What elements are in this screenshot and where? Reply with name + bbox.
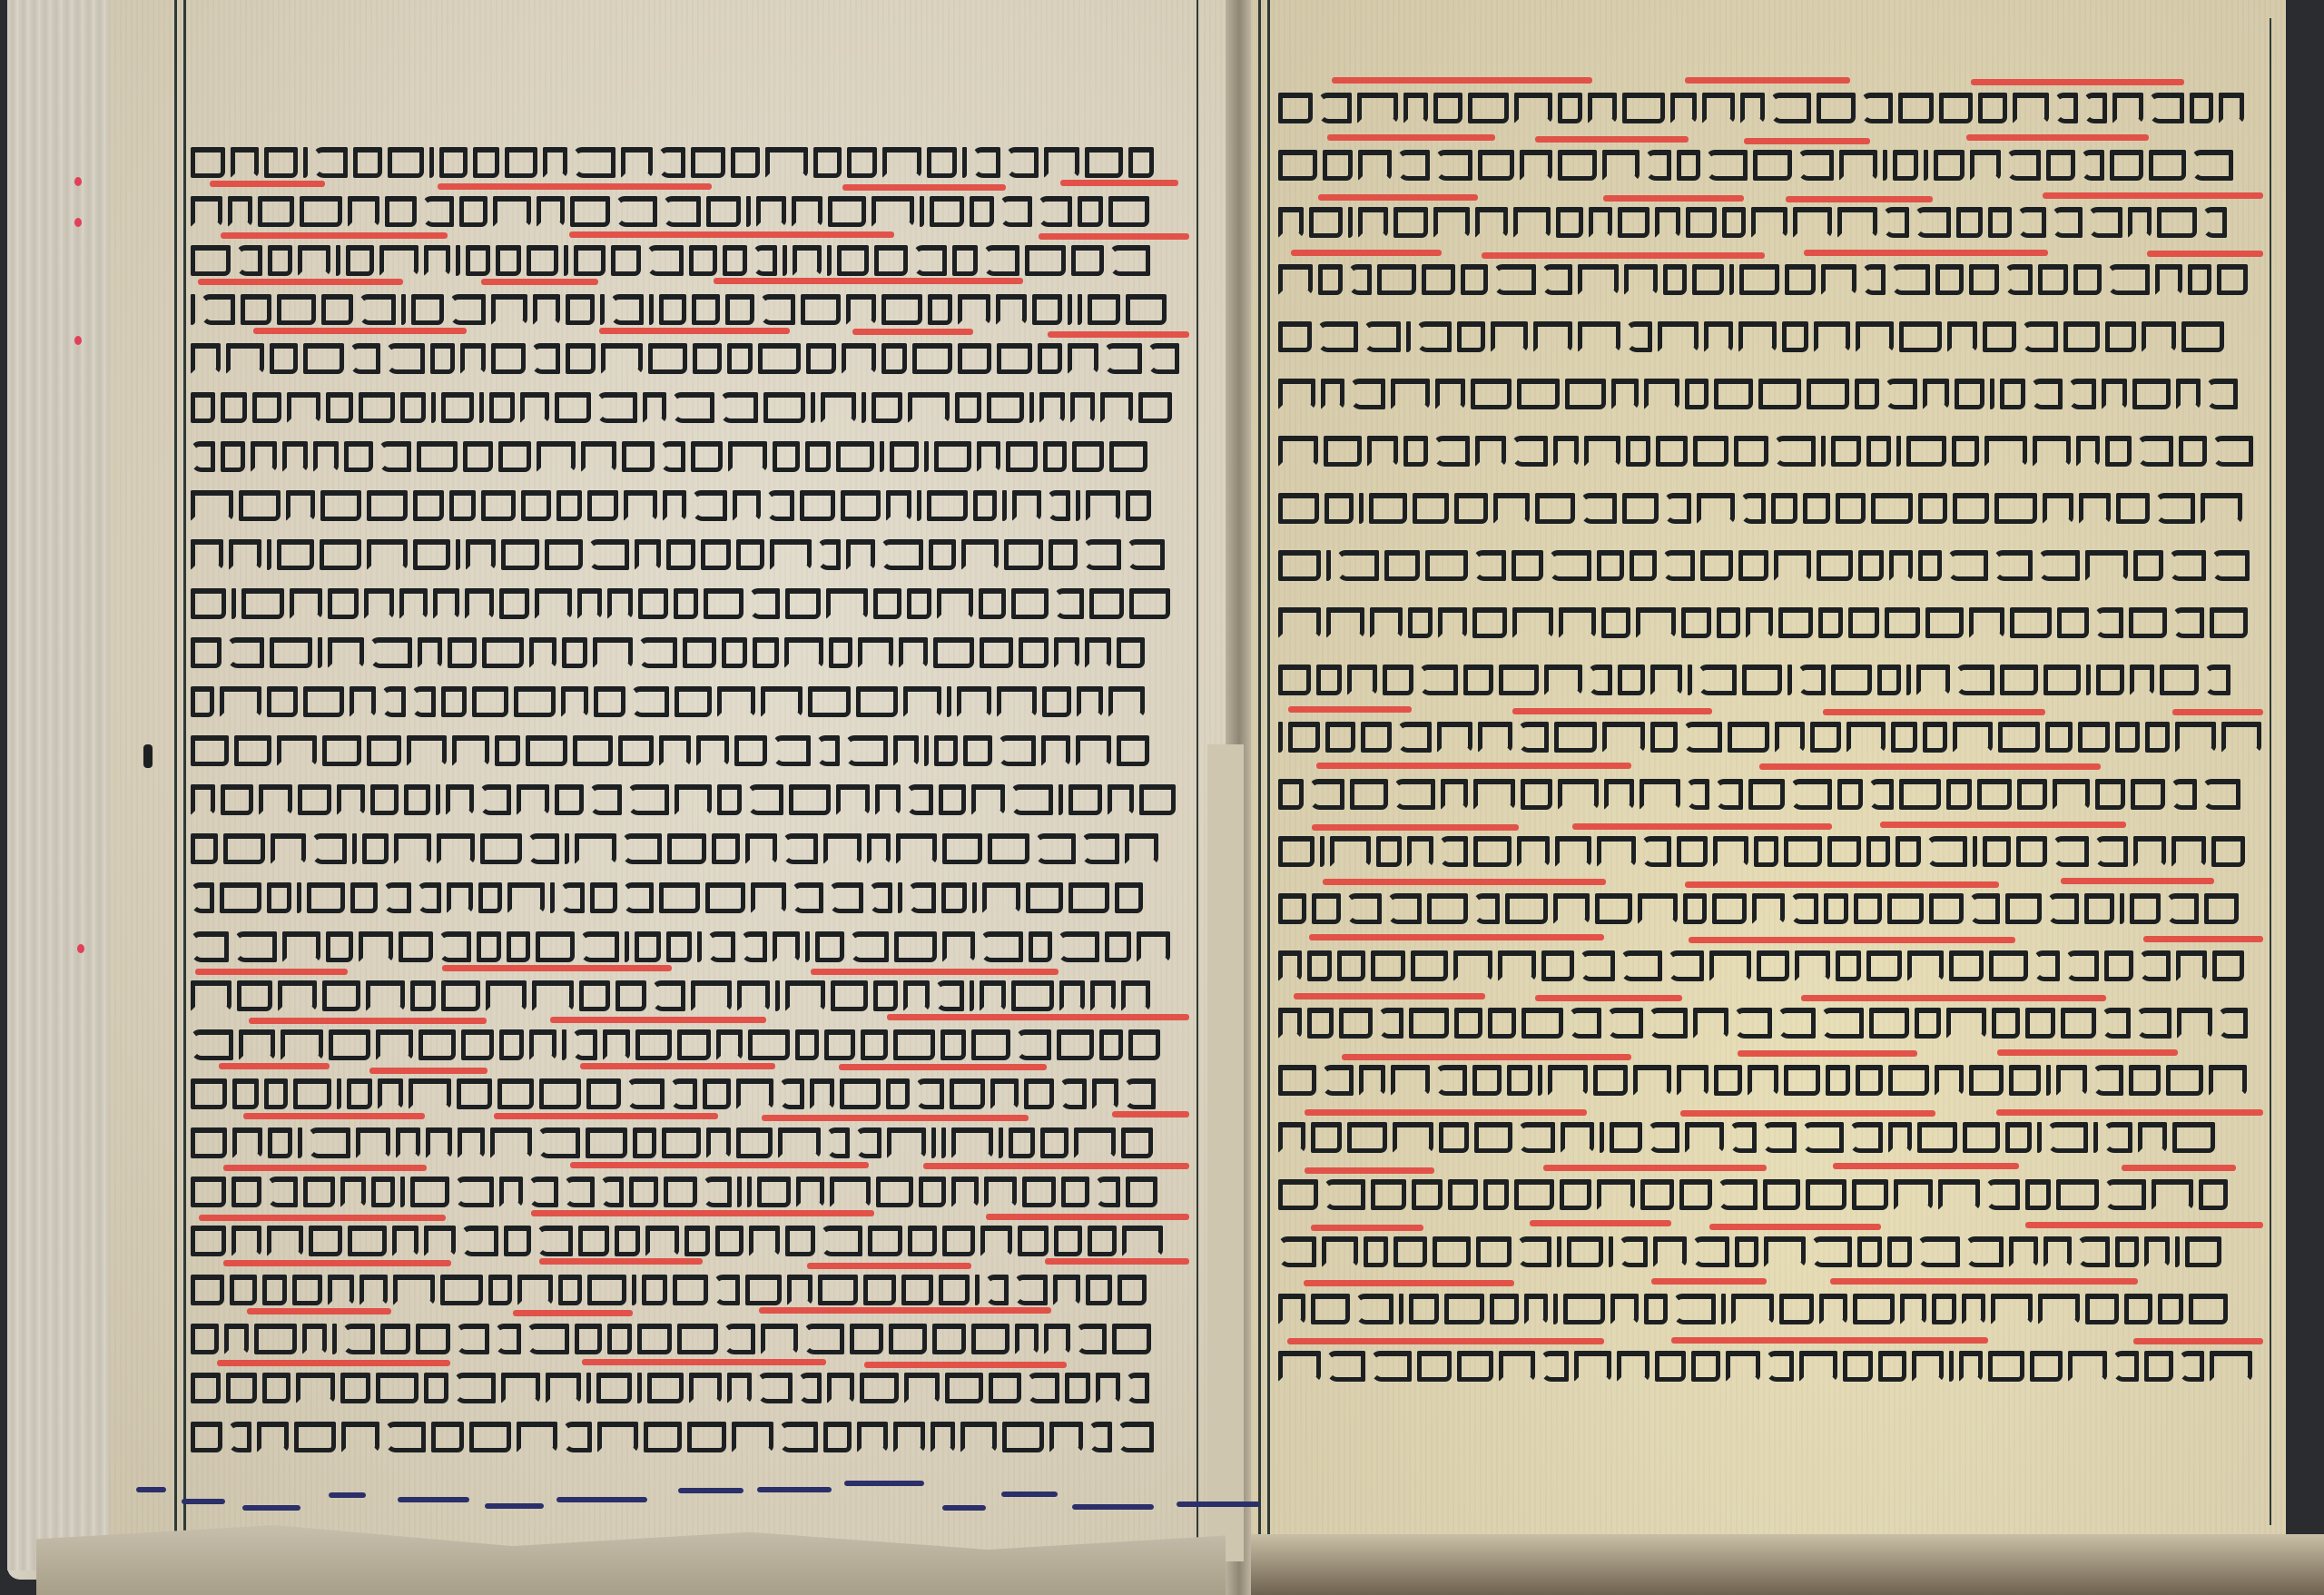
script-glyph	[856, 686, 898, 717]
script-glyph	[1412, 1179, 1443, 1210]
script-glyph	[1026, 882, 1063, 913]
script-glyph	[359, 1275, 388, 1305]
script-glyph	[543, 147, 567, 178]
script-glyph	[1454, 1008, 1482, 1039]
script-glyph	[1059, 784, 1063, 815]
script-glyph	[2166, 1065, 2203, 1096]
script-glyph	[320, 539, 361, 570]
script-glyph	[424, 1226, 456, 1256]
script-glyph	[400, 1177, 405, 1207]
script-glyph	[1912, 1351, 1944, 1382]
script-glyph	[1391, 379, 1430, 409]
script-glyph	[461, 1029, 494, 1060]
script-glyph	[1726, 1351, 1760, 1382]
script-glyph	[907, 588, 931, 619]
script-glyph	[1622, 93, 1665, 123]
script-glyph	[1054, 1226, 1082, 1256]
script-glyph	[800, 490, 835, 521]
script-glyph	[1597, 1179, 1635, 1210]
script-glyph	[1898, 93, 1934, 123]
script-glyph	[1121, 1127, 1153, 1158]
script-glyph	[1058, 931, 1099, 962]
script-glyph	[449, 490, 476, 521]
script-glyph	[1039, 392, 1065, 423]
script-glyph	[689, 1373, 722, 1403]
red-underline	[1804, 250, 2048, 256]
red-underline	[1291, 250, 1442, 256]
script-glyph	[753, 245, 777, 276]
script-glyph	[2043, 665, 2081, 695]
script-glyph	[326, 931, 353, 962]
script-glyph	[191, 1373, 221, 1403]
script-glyph	[417, 882, 441, 913]
script-glyph	[662, 1127, 701, 1158]
script-glyph	[1918, 550, 1942, 581]
script-glyph	[1803, 493, 1830, 524]
script-glyph	[1896, 836, 1921, 867]
script-glyph	[1595, 893, 1632, 924]
script-glyph	[505, 147, 537, 178]
script-glyph	[1448, 1179, 1478, 1210]
script-glyph	[400, 392, 426, 423]
script-glyph	[745, 833, 777, 864]
script-glyph	[806, 343, 836, 374]
red-underline	[531, 1210, 873, 1216]
script-glyph	[1588, 665, 1612, 695]
script-glyph	[1078, 196, 1103, 227]
red-underline	[1305, 1109, 1587, 1116]
script-glyph	[1403, 93, 1428, 123]
script-glyph	[459, 196, 487, 227]
script-glyph	[1633, 1065, 1671, 1096]
script-glyph	[527, 1324, 569, 1354]
script-glyph	[2104, 950, 2133, 981]
script-glyph	[1728, 722, 1769, 753]
script-glyph	[1104, 343, 1142, 374]
annotation-stroke	[844, 1481, 923, 1486]
script-glyph	[1923, 379, 1949, 409]
script-glyph	[1877, 665, 1901, 695]
script-glyph	[1839, 150, 1877, 181]
script-glyph	[1753, 150, 1792, 181]
script-glyph	[1714, 1065, 1742, 1096]
script-glyph	[413, 490, 444, 521]
script-glyph	[727, 1373, 752, 1403]
script-glyph	[2137, 436, 2173, 467]
script-glyph	[720, 392, 758, 423]
script-glyph	[1324, 1179, 1365, 1210]
script-glyph	[1668, 950, 1704, 981]
script-glyph	[660, 441, 685, 472]
script-glyph	[594, 686, 625, 717]
script-glyph	[1371, 1179, 1406, 1210]
script-glyph	[417, 441, 458, 472]
script-glyph	[689, 245, 717, 276]
red-underline	[1294, 993, 1485, 999]
script-glyph	[1347, 665, 1377, 695]
script-glyph	[1764, 1236, 1806, 1267]
script-glyph	[267, 686, 298, 717]
script-glyph	[392, 1226, 419, 1256]
script-glyph	[971, 784, 1005, 815]
script-glyph	[2063, 321, 2100, 352]
script-glyph	[2083, 93, 2107, 123]
script-glyph	[871, 392, 902, 423]
script-glyph	[692, 294, 720, 325]
red-underline	[923, 1163, 1189, 1169]
script-glyph	[2172, 607, 2204, 638]
script-glyph	[1918, 493, 1947, 524]
script-glyph	[2010, 607, 2052, 638]
script-glyph	[1593, 1065, 1628, 1096]
script-glyph	[736, 539, 764, 570]
script-glyph	[431, 392, 436, 423]
script-glyph	[1969, 1065, 2004, 1096]
script-glyph	[793, 245, 822, 276]
script-glyph	[1688, 665, 1692, 695]
script-glyph	[778, 1127, 821, 1158]
script-glyph	[658, 147, 685, 178]
script-glyph	[1868, 779, 1894, 810]
script-glyph	[1548, 1065, 1588, 1096]
script-glyph	[787, 1275, 812, 1305]
script-glyph	[827, 245, 832, 276]
script-glyph	[635, 931, 661, 962]
script-glyph	[1278, 1008, 1302, 1039]
script-glyph	[1782, 321, 1808, 352]
manuscript-line	[191, 1411, 1189, 1452]
script-glyph	[479, 392, 484, 423]
script-glyph	[537, 196, 565, 227]
script-glyph	[1655, 1351, 1686, 1382]
script-glyph	[1089, 588, 1124, 619]
annotation-stroke	[1001, 1492, 1058, 1497]
annotation-stroke	[485, 1503, 544, 1509]
script-glyph	[757, 1177, 791, 1207]
manuscript-line	[1278, 310, 2263, 352]
script-glyph	[1746, 607, 1773, 638]
script-glyph	[1580, 950, 1615, 981]
script-glyph	[1883, 207, 1909, 238]
script-glyph	[328, 588, 359, 619]
script-glyph	[687, 1422, 726, 1452]
script-glyph	[320, 490, 361, 521]
red-underline	[811, 969, 1059, 975]
manuscript-line	[191, 430, 1189, 472]
script-glyph	[550, 882, 555, 913]
script-glyph	[715, 1226, 743, 1256]
script-glyph	[1461, 264, 1488, 295]
script-glyph	[898, 882, 902, 913]
script-glyph	[945, 1373, 983, 1403]
script-glyph	[1323, 150, 1353, 181]
script-glyph	[191, 882, 214, 913]
red-underline	[714, 278, 1023, 284]
manuscript-line	[1278, 711, 2263, 753]
script-glyph	[1837, 779, 1863, 810]
script-glyph	[380, 1324, 410, 1354]
script-glyph	[990, 1078, 1019, 1109]
red-underline	[1685, 881, 1999, 888]
script-glyph	[756, 196, 786, 227]
red-underline	[1823, 709, 2046, 715]
script-glyph	[1086, 490, 1120, 521]
script-glyph	[286, 490, 315, 521]
script-glyph	[254, 1324, 297, 1354]
script-glyph	[1831, 665, 1872, 695]
script-glyph	[469, 1422, 511, 1452]
script-glyph	[984, 1177, 1017, 1207]
script-glyph	[1766, 1351, 1794, 1382]
script-glyph	[264, 1078, 288, 1109]
manuscript-line	[191, 1215, 1189, 1256]
script-glyph	[2204, 893, 2239, 924]
script-glyph	[302, 1324, 327, 1354]
script-glyph	[404, 784, 430, 815]
script-glyph	[2094, 607, 2123, 638]
script-glyph	[1713, 836, 1748, 867]
script-glyph	[226, 343, 264, 374]
script-glyph	[893, 1029, 935, 1060]
script-glyph	[723, 245, 747, 276]
red-underline	[759, 1307, 1051, 1314]
red-underline	[369, 1068, 487, 1074]
script-glyph	[191, 588, 226, 619]
script-glyph	[1309, 779, 1344, 810]
script-glyph	[850, 1324, 883, 1354]
script-glyph	[1355, 1294, 1393, 1324]
script-glyph	[1929, 893, 1964, 924]
script-glyph	[830, 1177, 871, 1207]
script-glyph	[961, 539, 999, 570]
script-glyph	[2191, 150, 2233, 181]
script-glyph	[1670, 93, 1697, 123]
script-glyph	[876, 1177, 913, 1207]
script-glyph	[309, 1226, 342, 1256]
manuscript-line	[1278, 654, 2263, 695]
script-glyph	[1624, 264, 1658, 295]
script-glyph	[1326, 1351, 1365, 1382]
script-glyph	[1042, 686, 1071, 717]
script-glyph	[827, 1373, 854, 1403]
script-glyph	[536, 931, 575, 962]
script-glyph	[1535, 493, 1575, 524]
script-glyph	[2005, 1122, 2032, 1153]
script-glyph	[1027, 1373, 1059, 1403]
script-glyph	[437, 833, 475, 864]
script-glyph	[1278, 893, 1306, 924]
script-glyph	[811, 392, 815, 423]
script-glyph	[1077, 686, 1103, 717]
script-glyph	[1278, 665, 1311, 695]
script-glyph	[1371, 1351, 1412, 1382]
script-glyph	[2169, 550, 2206, 581]
script-glyph	[737, 980, 770, 1011]
script-glyph	[1984, 436, 2027, 467]
script-glyph	[1907, 950, 1944, 981]
script-glyph	[858, 637, 893, 668]
script-glyph	[1435, 150, 1472, 181]
script-glyph	[336, 245, 340, 276]
script-glyph	[1992, 1008, 2020, 1039]
script-glyph	[383, 882, 411, 913]
script-glyph	[1024, 1078, 1054, 1109]
script-glyph	[975, 1275, 980, 1305]
script-glyph	[629, 1177, 658, 1207]
script-glyph	[191, 392, 215, 423]
script-glyph	[1278, 722, 1283, 753]
script-glyph	[841, 490, 881, 521]
script-glyph	[795, 1029, 819, 1060]
script-glyph	[644, 1422, 682, 1452]
script-glyph	[1019, 637, 1049, 668]
script-glyph	[1002, 1422, 1044, 1452]
script-glyph	[980, 931, 1023, 962]
script-glyph	[691, 147, 725, 178]
script-glyph	[2129, 1065, 2161, 1096]
script-glyph	[667, 833, 706, 864]
script-glyph	[999, 1127, 1003, 1158]
script-glyph	[410, 1177, 449, 1207]
script-glyph	[239, 1029, 275, 1060]
script-glyph	[2046, 1065, 2051, 1096]
script-glyph	[322, 735, 361, 766]
script-glyph	[537, 1127, 580, 1158]
red-underline	[570, 1162, 869, 1168]
script-glyph	[277, 735, 317, 766]
script-glyph	[1714, 379, 1753, 409]
script-glyph	[705, 882, 745, 913]
script-glyph	[461, 1226, 498, 1256]
script-glyph	[259, 784, 292, 815]
script-glyph	[236, 245, 262, 276]
script-glyph	[1939, 93, 1973, 123]
script-glyph	[458, 1127, 485, 1158]
script-glyph	[359, 392, 395, 423]
script-glyph	[1802, 1122, 1844, 1153]
script-glyph	[2211, 550, 2250, 581]
script-glyph	[703, 1078, 731, 1109]
script-glyph	[1493, 264, 1536, 295]
script-glyph	[1278, 1179, 1318, 1210]
script-glyph	[2136, 1008, 2171, 1039]
script-glyph	[1090, 980, 1116, 1011]
red-underline	[1332, 77, 1592, 84]
script-glyph	[596, 392, 637, 423]
script-glyph	[424, 1373, 448, 1403]
script-glyph	[779, 1422, 818, 1452]
red-underline	[2143, 936, 2263, 942]
script-glyph	[1278, 836, 1315, 867]
red-underline	[1318, 194, 1479, 201]
script-glyph	[2104, 1179, 2146, 1210]
script-glyph	[575, 1324, 602, 1354]
script-glyph	[2054, 93, 2078, 123]
script-glyph	[1852, 1179, 1888, 1210]
script-glyph	[635, 539, 661, 570]
script-glyph	[1846, 722, 1886, 753]
script-glyph	[1370, 607, 1403, 638]
script-glyph	[874, 245, 908, 276]
script-glyph	[1935, 1065, 1964, 1096]
script-glyph	[1358, 207, 1388, 238]
script-glyph	[666, 931, 692, 962]
script-glyph	[1118, 1422, 1154, 1452]
script-glyph	[1558, 150, 1597, 181]
script-glyph	[1559, 607, 1596, 638]
script-glyph	[857, 1422, 888, 1452]
script-glyph	[1644, 379, 1679, 409]
script-glyph	[1677, 150, 1700, 181]
script-glyph	[2037, 1122, 2042, 1153]
script-glyph	[517, 1275, 553, 1305]
script-glyph	[1899, 321, 1942, 352]
script-glyph	[808, 686, 851, 717]
script-glyph	[618, 735, 654, 766]
script-glyph	[1099, 1029, 1123, 1060]
script-glyph	[411, 686, 436, 717]
red-underline	[1572, 823, 1832, 830]
red-underline	[481, 279, 597, 285]
script-glyph	[396, 1127, 420, 1158]
script-glyph	[303, 686, 344, 717]
script-glyph	[346, 245, 374, 276]
script-glyph	[1619, 1236, 1648, 1267]
script-glyph	[2112, 1351, 2139, 1382]
script-glyph	[2078, 722, 2110, 753]
red-underline	[1880, 822, 2125, 828]
script-glyph	[2171, 836, 2206, 867]
script-glyph	[887, 1127, 926, 1158]
script-glyph	[1029, 392, 1034, 423]
script-glyph	[1581, 493, 1617, 524]
script-glyph	[1663, 264, 1687, 295]
script-glyph	[2056, 1179, 2099, 1210]
red-underline	[1309, 934, 1603, 940]
script-glyph	[1081, 833, 1119, 864]
script-glyph	[846, 294, 876, 325]
script-glyph	[481, 490, 516, 521]
script-glyph	[1989, 950, 2028, 981]
script-glyph	[927, 490, 968, 521]
script-glyph	[359, 931, 393, 962]
script-glyph	[1521, 779, 1552, 810]
script-glyph	[1311, 1122, 1342, 1153]
script-glyph	[829, 637, 852, 668]
script-glyph	[691, 441, 723, 472]
script-glyph	[566, 294, 595, 325]
script-glyph	[625, 931, 629, 962]
script-glyph	[1347, 1122, 1387, 1153]
annotation-stroke	[136, 1487, 166, 1492]
script-glyph	[982, 882, 1020, 913]
script-glyph	[1521, 1008, 1563, 1039]
script-glyph	[231, 147, 259, 178]
script-glyph	[1553, 1294, 1558, 1324]
script-glyph	[1795, 950, 1830, 981]
script-glyph	[2199, 1179, 2228, 1210]
script-glyph	[1934, 150, 1965, 181]
script-glyph	[1607, 1008, 1643, 1039]
script-glyph	[652, 980, 685, 1011]
script-glyph	[886, 1078, 910, 1109]
script-glyph	[1871, 493, 1913, 524]
manuscript-line	[1278, 425, 2263, 467]
script-glyph	[1718, 1179, 1758, 1210]
script-glyph	[1962, 1294, 1985, 1324]
script-glyph	[575, 833, 616, 864]
script-glyph	[191, 980, 231, 1011]
